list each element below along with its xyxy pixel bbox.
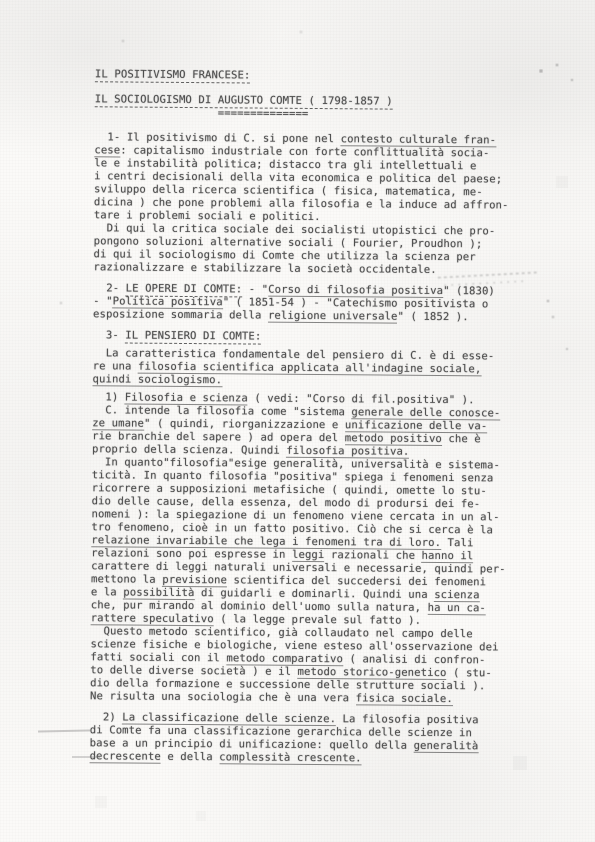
text-segment: Tali bbox=[441, 537, 473, 549]
text-line: esposizione sommaria della religione uni… bbox=[93, 308, 533, 324]
underlined-text: Filosofia e scienza bbox=[125, 392, 248, 406]
underlined-text: hanno il bbox=[422, 550, 474, 563]
text-segment: ( vedi: "Corso di fil.positiva" ). bbox=[248, 392, 475, 406]
intro-paragraph: 1- Il positivismo di C. si pone nel cont… bbox=[93, 131, 534, 277]
text-segment: ( la legge prevale sul fatto ). bbox=[214, 613, 421, 627]
underlined-text: contesto culturale fran- bbox=[341, 133, 497, 147]
text-segment: 1- Il positivismo di C. si pone nel bbox=[94, 131, 340, 145]
underlined-text: rattere speculativo bbox=[91, 612, 214, 626]
text-segment: proprio della scienza. Quindi bbox=[92, 443, 286, 457]
text-segment: fatti sociali con il bbox=[90, 651, 226, 664]
underlined-text: IL PENSIERO DI COMTE: bbox=[125, 330, 261, 345]
underlined-text: quindi sociologismo. bbox=[93, 373, 223, 387]
underlined-text: previsione bbox=[162, 574, 227, 588]
text-segment: Ne risulta una sociologia che è una vera bbox=[90, 690, 356, 704]
text-segment: di guidarli e dominarli. Quindi una bbox=[194, 587, 434, 601]
margin-dash-mark bbox=[38, 729, 90, 732]
underlined-text: unificazione delle va- bbox=[345, 419, 488, 433]
text-segment: " (1830) bbox=[443, 285, 495, 297]
text-segment: " ( 1852 ). bbox=[397, 311, 468, 324]
thought-intro-paragraph: La caratteristica fondamentale del pensi… bbox=[93, 347, 533, 389]
underlined-text: Politica positiva bbox=[113, 295, 223, 309]
text-segment: scientifica del succedersi dei fenomeni bbox=[227, 574, 486, 588]
underlined-text: religione universale bbox=[268, 310, 398, 324]
underlined-text: IL POSITIVISMO FRANCESE: bbox=[95, 68, 251, 83]
text-segment: ( analisi di confron- bbox=[343, 653, 486, 666]
text-segment: - " bbox=[242, 283, 268, 295]
text-segment: base a un principio di unificazione: que… bbox=[90, 737, 414, 752]
text-segment: e della bbox=[161, 751, 219, 763]
text-segment: e la bbox=[91, 586, 123, 598]
text-segment: to delle diverse società ) e il bbox=[90, 664, 297, 678]
paper-specks bbox=[0, 0, 2, 2]
underlined-text: metodo comparativo bbox=[226, 652, 343, 666]
text-segment: 3- bbox=[93, 329, 125, 341]
text-segment: ( stu- bbox=[447, 667, 492, 679]
underlined-text: generalità bbox=[414, 740, 479, 754]
underlined-text: Corso di filosofia positiva bbox=[268, 284, 443, 298]
underlined-text: metodo storico-genetico bbox=[298, 666, 447, 680]
thought-heading: 3- IL PENSIERO DI COMTE: bbox=[93, 329, 533, 345]
text-segment: " ( 1851-54 ) - "Catechismo positivista … bbox=[223, 296, 489, 310]
underlined-text: leggi bbox=[292, 549, 324, 562]
text-segment: tare i problemi sociali e politici. bbox=[94, 209, 321, 223]
underlined-text: cese bbox=[94, 144, 120, 157]
underlined-text: ze umane bbox=[92, 417, 144, 430]
text-segment: relazioni sono poi espresse in bbox=[91, 547, 292, 561]
text-segment: re una bbox=[93, 360, 138, 372]
document-title: IL POSITIVISMO FRANCESE: bbox=[95, 68, 535, 84]
text-segment: 2) bbox=[90, 711, 122, 723]
underlined-text: complessità crescente. bbox=[219, 751, 362, 765]
text-segment: 2- bbox=[93, 282, 125, 294]
margin-dash-mark bbox=[72, 756, 100, 758]
text-line: IL POSITIVISMO FRANCESE: bbox=[95, 68, 535, 84]
text-line: 3- IL PENSIERO DI COMTE: bbox=[93, 329, 533, 345]
text-segment: - " bbox=[93, 295, 113, 307]
typewritten-text-block: IL POSITIVISMO FRANCESE:IL SOCIOLOGISMO … bbox=[90, 68, 535, 766]
text-segment: razionali che bbox=[324, 549, 421, 562]
classification-paragraph: 2) La classificazione delle scienze. La … bbox=[90, 711, 530, 766]
document-subtitle: IL SOCIOLOGISMO DI AUGUSTO COMTE ( 1798-… bbox=[95, 93, 535, 122]
philosophy-science-paragraph: 1) Filosofia e scienza ( vedi: "Corso di… bbox=[90, 391, 532, 706]
underlined-text: fisica sociale. bbox=[356, 692, 453, 706]
text-segment: ============== bbox=[95, 106, 309, 120]
underlined-text: ha un ca- bbox=[428, 602, 486, 615]
text-segment: " ( quindi, riorganizzazione e bbox=[144, 418, 345, 432]
underlined-text: metodo positivo bbox=[345, 432, 442, 446]
text-segment: La filosofia positiva bbox=[336, 713, 479, 726]
scanned-document-page: IL POSITIVISMO FRANCESE:IL SOCIOLOGISMO … bbox=[0, 0, 595, 842]
text-segment: esposizione sommaria della bbox=[93, 308, 268, 321]
works-section: 2- LE OPERE DI COMTE: - "Corso di filoso… bbox=[93, 282, 533, 324]
text-segment: mettono la bbox=[91, 573, 162, 586]
text-segment: rie branchie del sapere ) ad opera del bbox=[92, 430, 345, 444]
underlined-text: decrescente bbox=[90, 750, 161, 764]
text-segment: che è bbox=[442, 433, 481, 445]
underlined-text: generale delle conosce- bbox=[351, 406, 500, 420]
text-segment: 1) bbox=[92, 391, 124, 403]
text-segment: razionalizzare e stabilizzare la società… bbox=[93, 261, 436, 276]
underlined-text: filosofia positiva. bbox=[286, 445, 409, 459]
text-segment: C. intende la filosofia come "sistema bbox=[92, 404, 351, 418]
underlined-text: possibilità bbox=[123, 587, 194, 601]
underlined-text: scienza bbox=[434, 589, 479, 602]
